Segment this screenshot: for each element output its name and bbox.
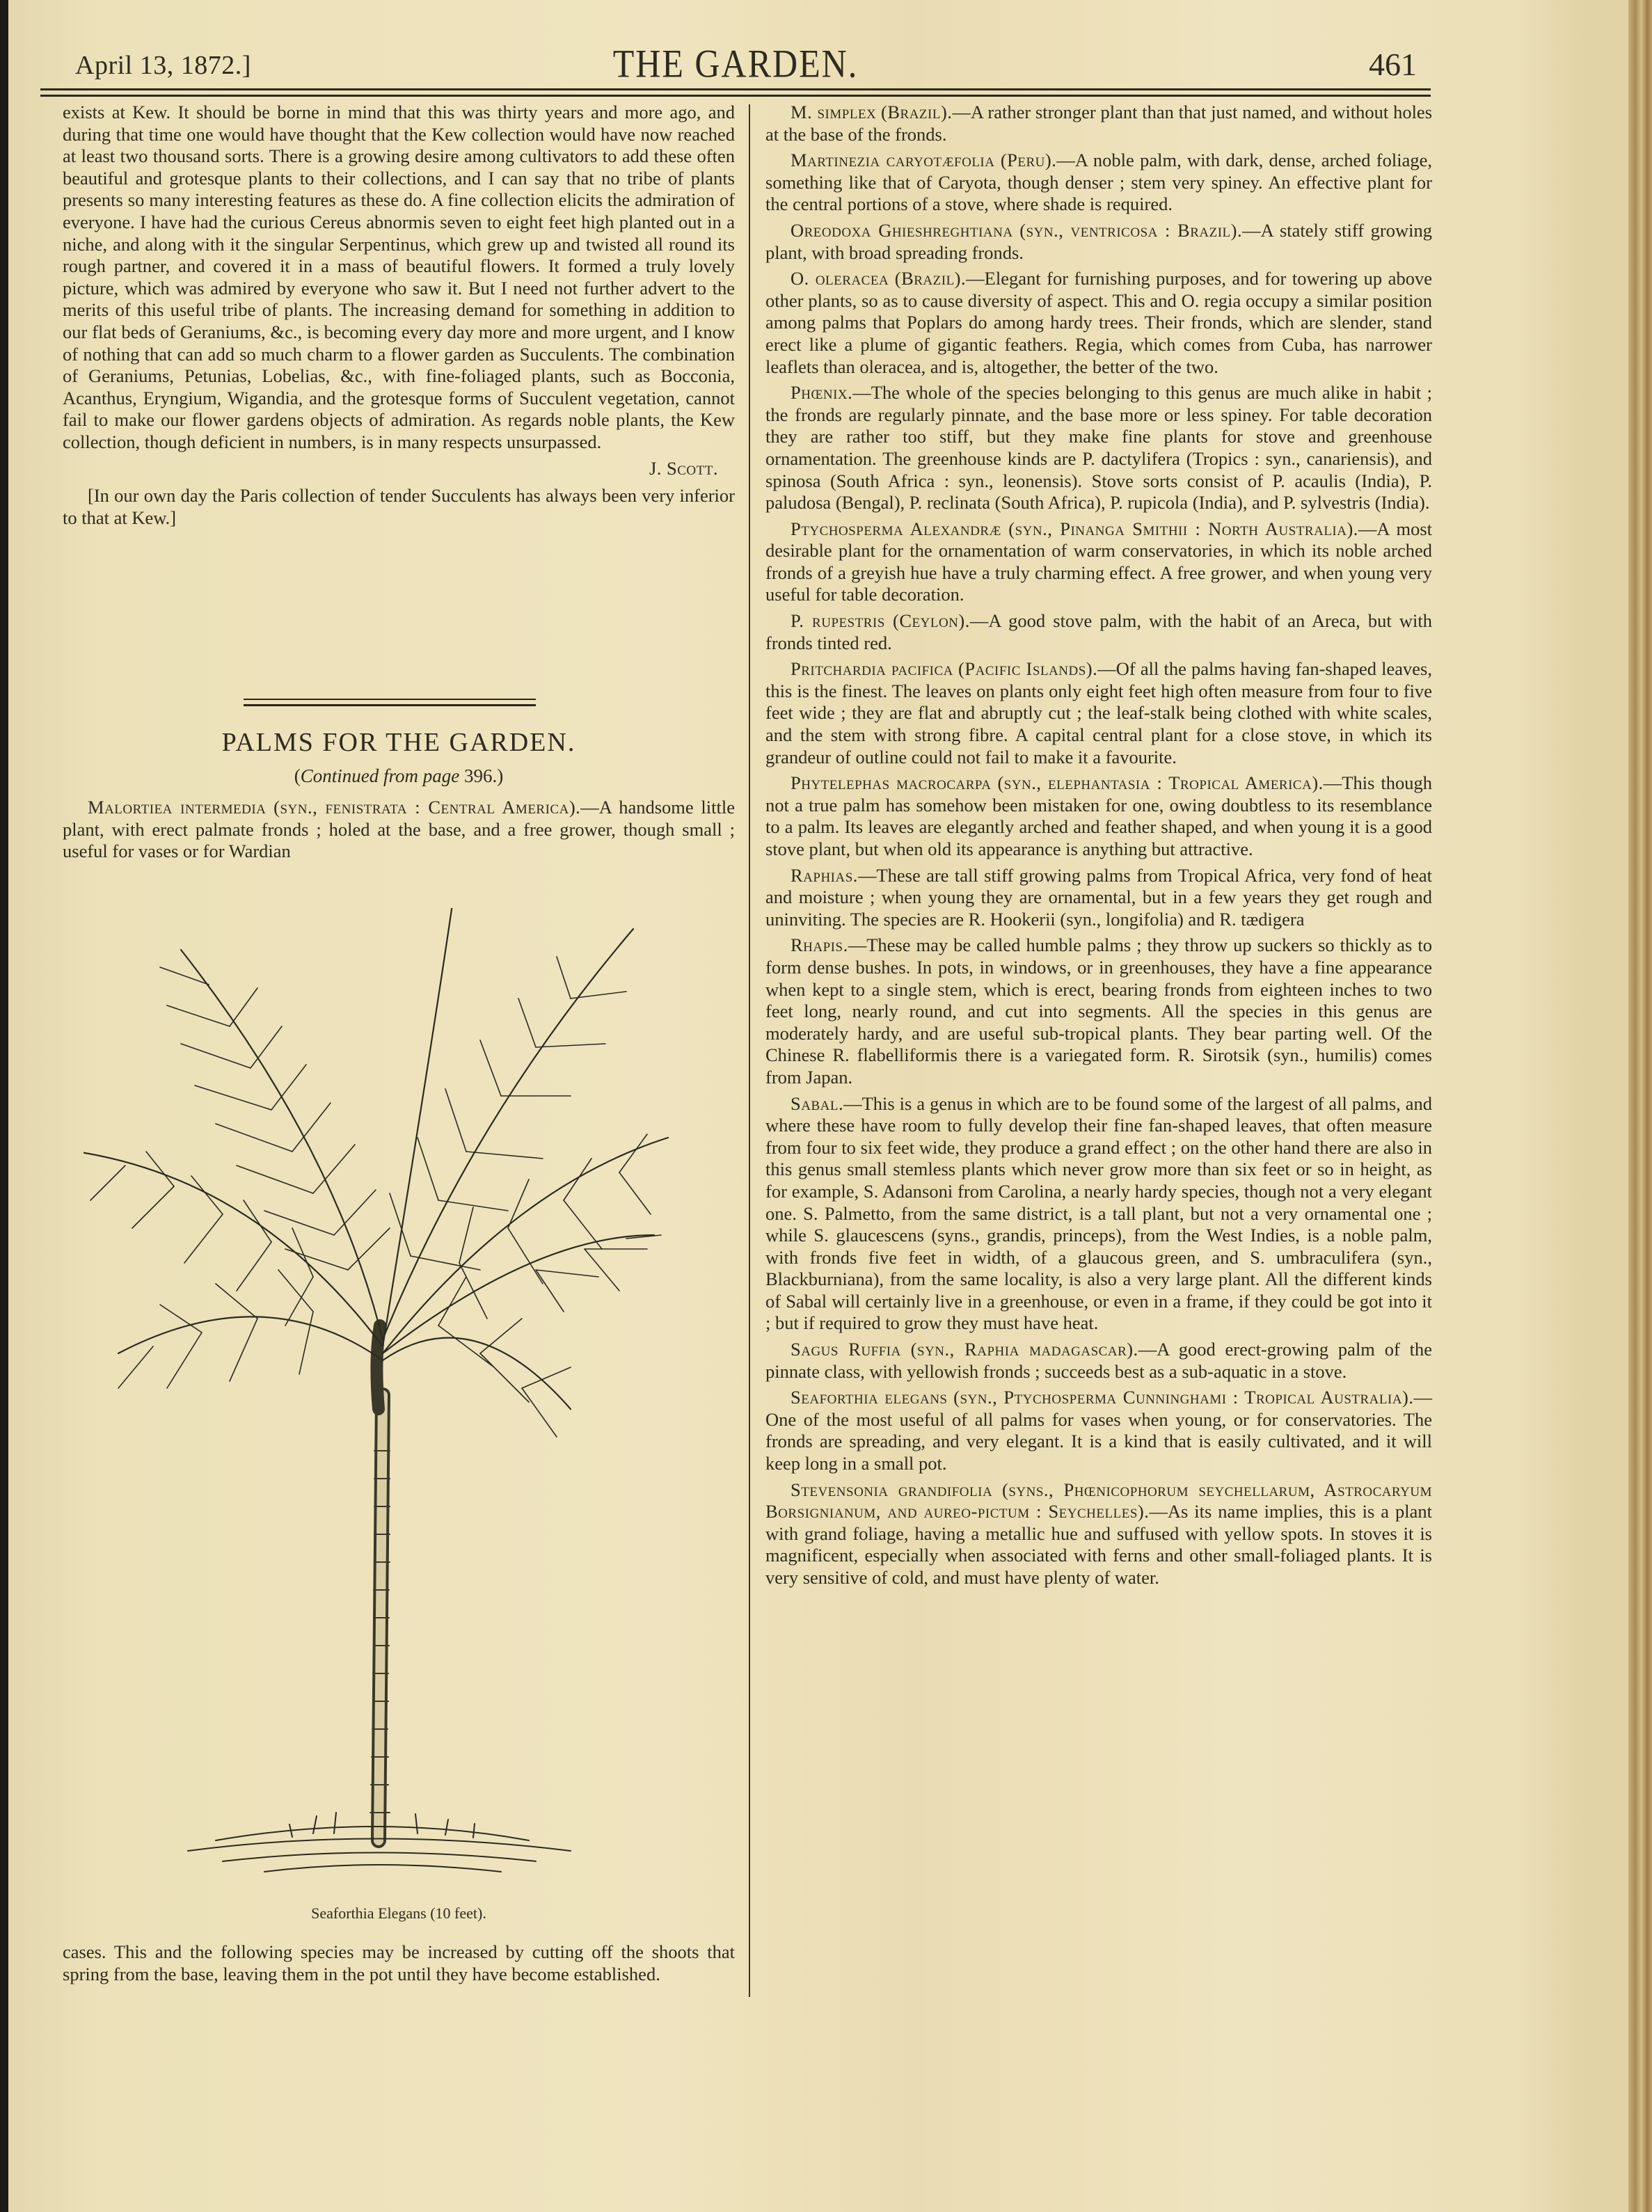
palm-entry: Pritchardia pacifica (Pacific Islands).—… [765, 658, 1432, 768]
editor-note: [In our own day the Paris collection of … [63, 485, 735, 529]
entry-syn: (Pacific Islands). [958, 658, 1097, 679]
entry-head: Sagus Ruffia [791, 1339, 901, 1360]
palm-tree-icon [84, 908, 682, 1879]
continued-page: 396. [464, 765, 497, 786]
entry-head: Phœnix. [791, 382, 852, 403]
entry-syn: (syn., Raphia madagascar). [911, 1339, 1138, 1360]
palm-entry: Raphias.—These are tall stiff growing pa… [765, 865, 1432, 931]
entry-head: Martinezia caryotæfolia [791, 150, 994, 170]
entry-head: Stevensonia grandifolia [791, 1479, 992, 1500]
header-title: THE GARDEN. [40, 40, 1431, 87]
article-paragraph: cases. This and the following species ma… [63, 1941, 735, 1985]
palm-entry: Phœnix.—The whole of the species belongi… [765, 382, 1432, 514]
entry-syn: (Peru). [1001, 150, 1057, 170]
left-column: exists at Kew. It should be borne in min… [63, 102, 735, 533]
entry-syn: (syn., ventricosa : Brazil). [1019, 220, 1242, 241]
signature: J. Scott. [63, 458, 735, 480]
palm-entry: P. rupestris (Ceylon).—A good stove palm… [765, 610, 1432, 654]
entry-head: Sabal. [791, 1093, 843, 1114]
palm-entry: Oreodoxa Ghieshreghtiana (syn., ventrico… [765, 220, 1432, 264]
right-column: M. simplex (Brazil).—A rather stronger p… [765, 102, 1432, 1593]
palm-entry: Seaforthia elegans (syn., Ptychosperma C… [765, 1387, 1432, 1474]
malortiea-continuation: cases. This and the following species ma… [63, 1941, 735, 1985]
entry-text: —These are tall stiff growing palms from… [765, 865, 1432, 930]
page-number: 461 [1369, 46, 1417, 83]
entry-text: —These may be called humble palms ; they… [765, 934, 1432, 1088]
running-header: April 13, 1872.] THE GARDEN. 461 [40, 43, 1431, 85]
palm-entry: Phytelephas macrocarpa (syn., elephantas… [765, 772, 1432, 860]
palm-entry: Rhapis.—These may be called humble palms… [765, 934, 1432, 1088]
palm-entry: O. oleracea (Brazil).—Elegant for furnis… [765, 268, 1432, 378]
entry-head: Ptychosperma Alexandræ [791, 518, 1001, 539]
palm-entry: Martinezia caryotæfolia (Peru).—A noble … [765, 150, 1432, 216]
figure-caption: Seaforthia Elegans (10 feet). [63, 1904, 735, 1923]
binding-edge [0, 0, 8, 2212]
entry-head: M. simplex [791, 102, 876, 122]
continued-label: Continued from page [301, 765, 460, 786]
column-divider [749, 104, 750, 1997]
entry-syn: (syn., Ptychosperma Cunninghami : Tropic… [953, 1387, 1413, 1408]
section-title: PALMS FOR THE GARDEN. [63, 727, 735, 758]
entry-head: Phytelephas macrocarpa [791, 772, 991, 793]
entry-head: P. rupestris [791, 610, 885, 631]
entry-syn: (Brazil). [881, 102, 952, 122]
header-rule [40, 95, 1431, 97]
palm-entry: Stevensonia grandifolia (syns., Phœnicop… [765, 1479, 1432, 1589]
entry-head: Seaforthia elegans [791, 1387, 947, 1408]
entry-head: Oreodoxa Ghieshreghtiana [791, 220, 1013, 241]
section-separator [244, 704, 536, 706]
entry-syn: (syn., fenistrata : Central America). [273, 797, 580, 818]
section-subtitle: (Continued from page 396.) [63, 765, 735, 787]
palm-entry: M. simplex (Brazil).—A rather stronger p… [765, 102, 1432, 145]
author-name: J. Scott. [649, 458, 718, 479]
header-rule [40, 88, 1431, 90]
entry-text: —The whole of the species belonging to t… [765, 382, 1432, 513]
entry-syn: (Brazil). [895, 268, 966, 289]
entry-head: Malortiea intermedia [88, 797, 266, 818]
entry-syn: (syn., elephantasia : Tropical America). [997, 772, 1323, 793]
entry-head: Rhapis. [791, 934, 848, 955]
palm-entry: Sabal.—This is a genus in which are to b… [765, 1093, 1432, 1335]
palm-entry: Sagus Ruffia (syn., Raphia madagascar).—… [765, 1339, 1432, 1383]
entry-head: Raphias. [791, 865, 858, 886]
entry-head: Pritchardia pacifica [791, 658, 953, 679]
article-paragraph: exists at Kew. It should be borne in min… [63, 102, 735, 454]
malortiea-entry: Malortiea intermedia (syn., fenistrata :… [63, 797, 735, 867]
entry-syn: (Ceylon). [893, 610, 970, 631]
palm-entry: Ptychosperma Alexandræ (syn., Pinanga Sm… [765, 518, 1432, 606]
palm-engraving-illustration [84, 908, 682, 1879]
entry-text: —This is a genus in which are to be foun… [765, 1093, 1432, 1334]
entry-head: O. oleracea [791, 268, 889, 289]
page-fore-edge [1628, 0, 1652, 2212]
section-separator [244, 699, 536, 700]
entry-syn: (syn., Pinanga Smithii : North Australia… [1008, 518, 1358, 539]
